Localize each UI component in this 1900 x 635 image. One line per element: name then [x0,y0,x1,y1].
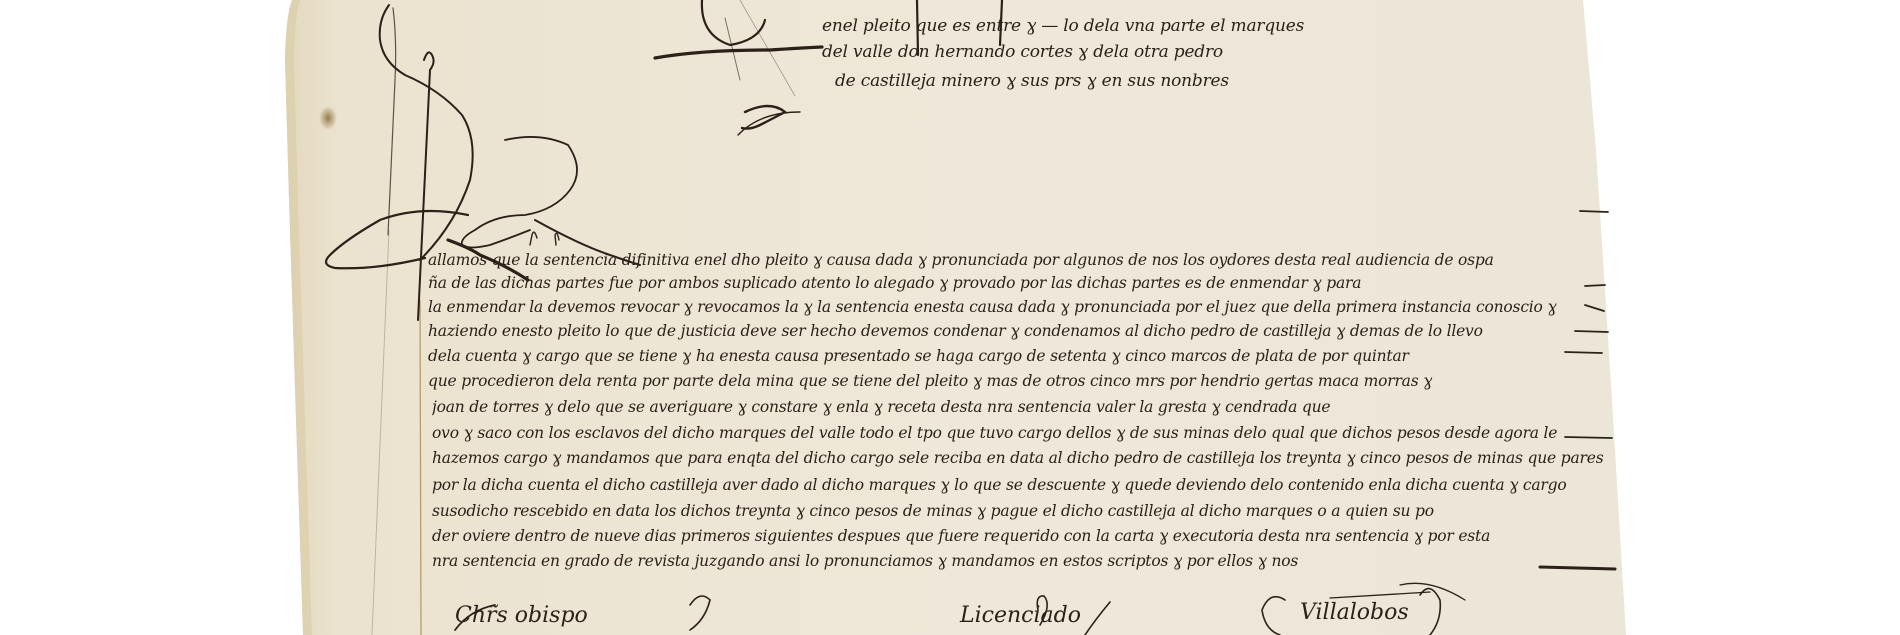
body-line: ovo ɣ saco con los esclavos del dicho ma… [432,422,1602,444]
body-line: joan de torres ɣ delo que se averiguare … [432,396,1600,418]
body-line: susodicho rescebido en data los dichos t… [432,500,1602,522]
body-line: ña de las dichas partes fue por ambos su… [428,272,1603,294]
signature-2: Licenciado [960,603,1081,628]
body-line: allamos que la sentencia difinitiva enel… [428,249,1598,271]
body-line: der oviere dentro de nueve dias primeros… [432,525,1607,547]
body-line: nra sentencia en grado de revista juzgan… [432,550,1547,572]
header-line-2: del valle don hernando cortes ɣ dela otr… [822,41,1223,64]
header-line-1: enel pleito que es entre ɣ — lo dela vna… [822,15,1304,38]
body-line: hazemos cargo ɣ mandamos que para enqta … [432,447,1604,469]
body-line: dela cuenta ɣ cargo que se tiene ɣ ha en… [428,345,1598,367]
body-line: por la dicha cuenta el dicho castilleja … [432,474,1602,496]
header-line-3: de castilleja minero ɣ sus prs ɣ en sus … [835,70,1229,93]
manuscript-photo: enel pleito que es entre ɣ — lo dela vna… [0,0,1900,635]
body-line: que procedieron dela renta por parte del… [428,370,1603,392]
body-line: haziendo enesto pleito lo que de justici… [428,320,1608,342]
signature-3: Villalobos [1300,600,1409,625]
signature-1: Chr̃s obispo [455,603,588,628]
body-line: la enmendar la devemos revocar ɣ revocam… [428,296,1606,318]
